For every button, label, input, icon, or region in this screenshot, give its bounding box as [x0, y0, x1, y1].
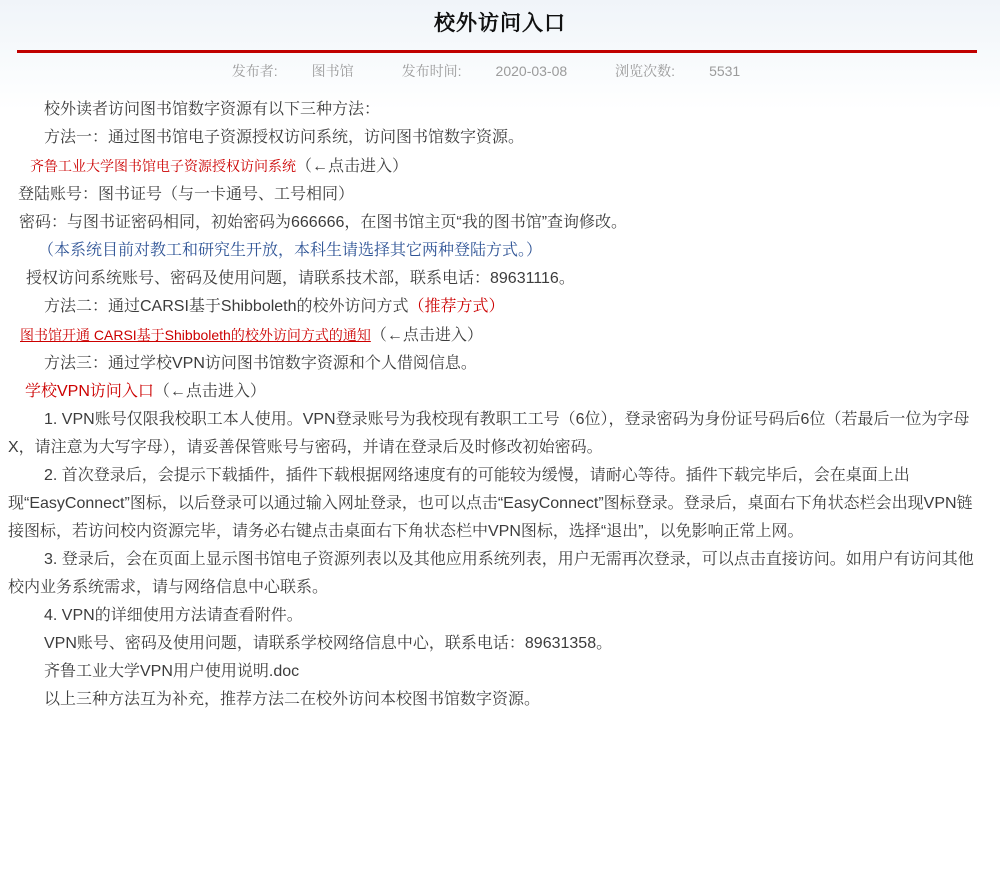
- publisher-value: 图书馆: [312, 61, 354, 81]
- publish-time-value: 2020-03-08: [496, 61, 568, 81]
- method1-link-line: 齐鲁工业大学图书馆电子资源授权访问系统（←点击进入）: [8, 152, 988, 181]
- method1-account-line: 登陆账号：图书证号（与一卡通号、工号相同）: [8, 181, 988, 209]
- method1-link-suffix: （←点击进入）: [296, 158, 408, 175]
- views-value: 5531: [709, 61, 740, 81]
- vpn-step2-paragraph: 2. 首次登录后，会提示下载插件，插件下载根据网络速度有的可能较为缓慢，请耐心等…: [8, 462, 988, 546]
- intro-paragraph: 校外读者访问图书馆数字资源有以下三种方法：: [8, 96, 988, 124]
- article-body: 校外读者访问图书馆数字资源有以下三种方法： 方法一：通过图书馆电子资源授权访问系…: [0, 96, 1000, 714]
- publisher-label: 发布者:: [232, 61, 278, 81]
- carsi-notice-link[interactable]: 图书馆开通 CARSI基于Shibboleth的校外访问方式的通知: [20, 327, 371, 343]
- vpn-support-line: VPN账号、密码及使用问题，请联系学校网络信息中心，联系电话：89631358。: [8, 630, 988, 658]
- method3-heading: 方法三：通过学校VPN访问图书馆数字资源和个人借阅信息。: [8, 350, 988, 378]
- method2-link-line: 图书馆开通 CARSI基于Shibboleth的校外访问方式的通知（←点击进入）: [8, 321, 988, 350]
- method3-link-line: 学校VPN访问入口（←点击进入）: [8, 378, 988, 406]
- title-divider: [17, 50, 977, 53]
- publish-time-label: 发布时间:: [402, 61, 462, 81]
- vpn-step4-paragraph: 4. VPN的详细使用方法请查看附件。: [8, 602, 988, 630]
- article-meta: 发布者: 图书馆 发布时间: 2020-03-08 浏览次数: 5531: [0, 61, 986, 81]
- method1-support-line: 授权访问系统账号、密码及使用问题，请联系技术部，联系电话：89631116。: [8, 265, 988, 293]
- authorized-access-system-link[interactable]: 齐鲁工业大学图书馆电子资源授权访问系统: [30, 158, 296, 174]
- vpn-step3-paragraph: 3. 登录后，会在页面上显示图书馆电子资源列表以及其他应用系统列表，用户无需再次…: [8, 546, 988, 602]
- vpn-manual-attachment-link[interactable]: 齐鲁工业大学VPN用户使用说明.doc: [44, 663, 299, 680]
- article-page: 校外访问入口 发布者: 图书馆 发布时间: 2020-03-08 浏览次数: 5…: [0, 0, 1000, 873]
- method1-password-line: 密码：与图书证密码相同，初始密码为666666，在图书馆主页“我的图书馆”查询修…: [8, 209, 988, 237]
- method2-heading-text: 方法二：通过CARSI基于Shibboleth的校外访问方式: [44, 298, 409, 315]
- attachment-line: 齐鲁工业大学VPN用户使用说明.doc: [8, 658, 988, 686]
- method1-heading: 方法一：通过图书馆电子资源授权访问系统，访问图书馆数字资源。: [8, 124, 988, 152]
- vpn-entry-link[interactable]: 学校VPN访问入口: [25, 383, 154, 400]
- views-label: 浏览次数:: [615, 61, 675, 81]
- page-title: 校外访问入口: [0, 0, 1000, 39]
- method2-link-suffix: （←点击进入）: [371, 327, 483, 344]
- method1-note-line: （本系统目前对教工和研究生开放，本科生请选择其它两种登陆方式。）: [8, 237, 988, 265]
- recommended-badge: （推荐方式）: [409, 298, 505, 315]
- method2-heading: 方法二：通过CARSI基于Shibboleth的校外访问方式（推荐方式）: [8, 293, 988, 321]
- method3-link-suffix: （←点击进入）: [154, 383, 266, 400]
- vpn-step1-paragraph: 1. VPN账号仅限我校职工本人使用。VPN登录账号为我校现有教职工工号（6位）…: [8, 406, 988, 462]
- footer-note-line: 以上三种方法互为补充，推荐方法二在校外访问本校图书馆数字资源。: [8, 686, 988, 714]
